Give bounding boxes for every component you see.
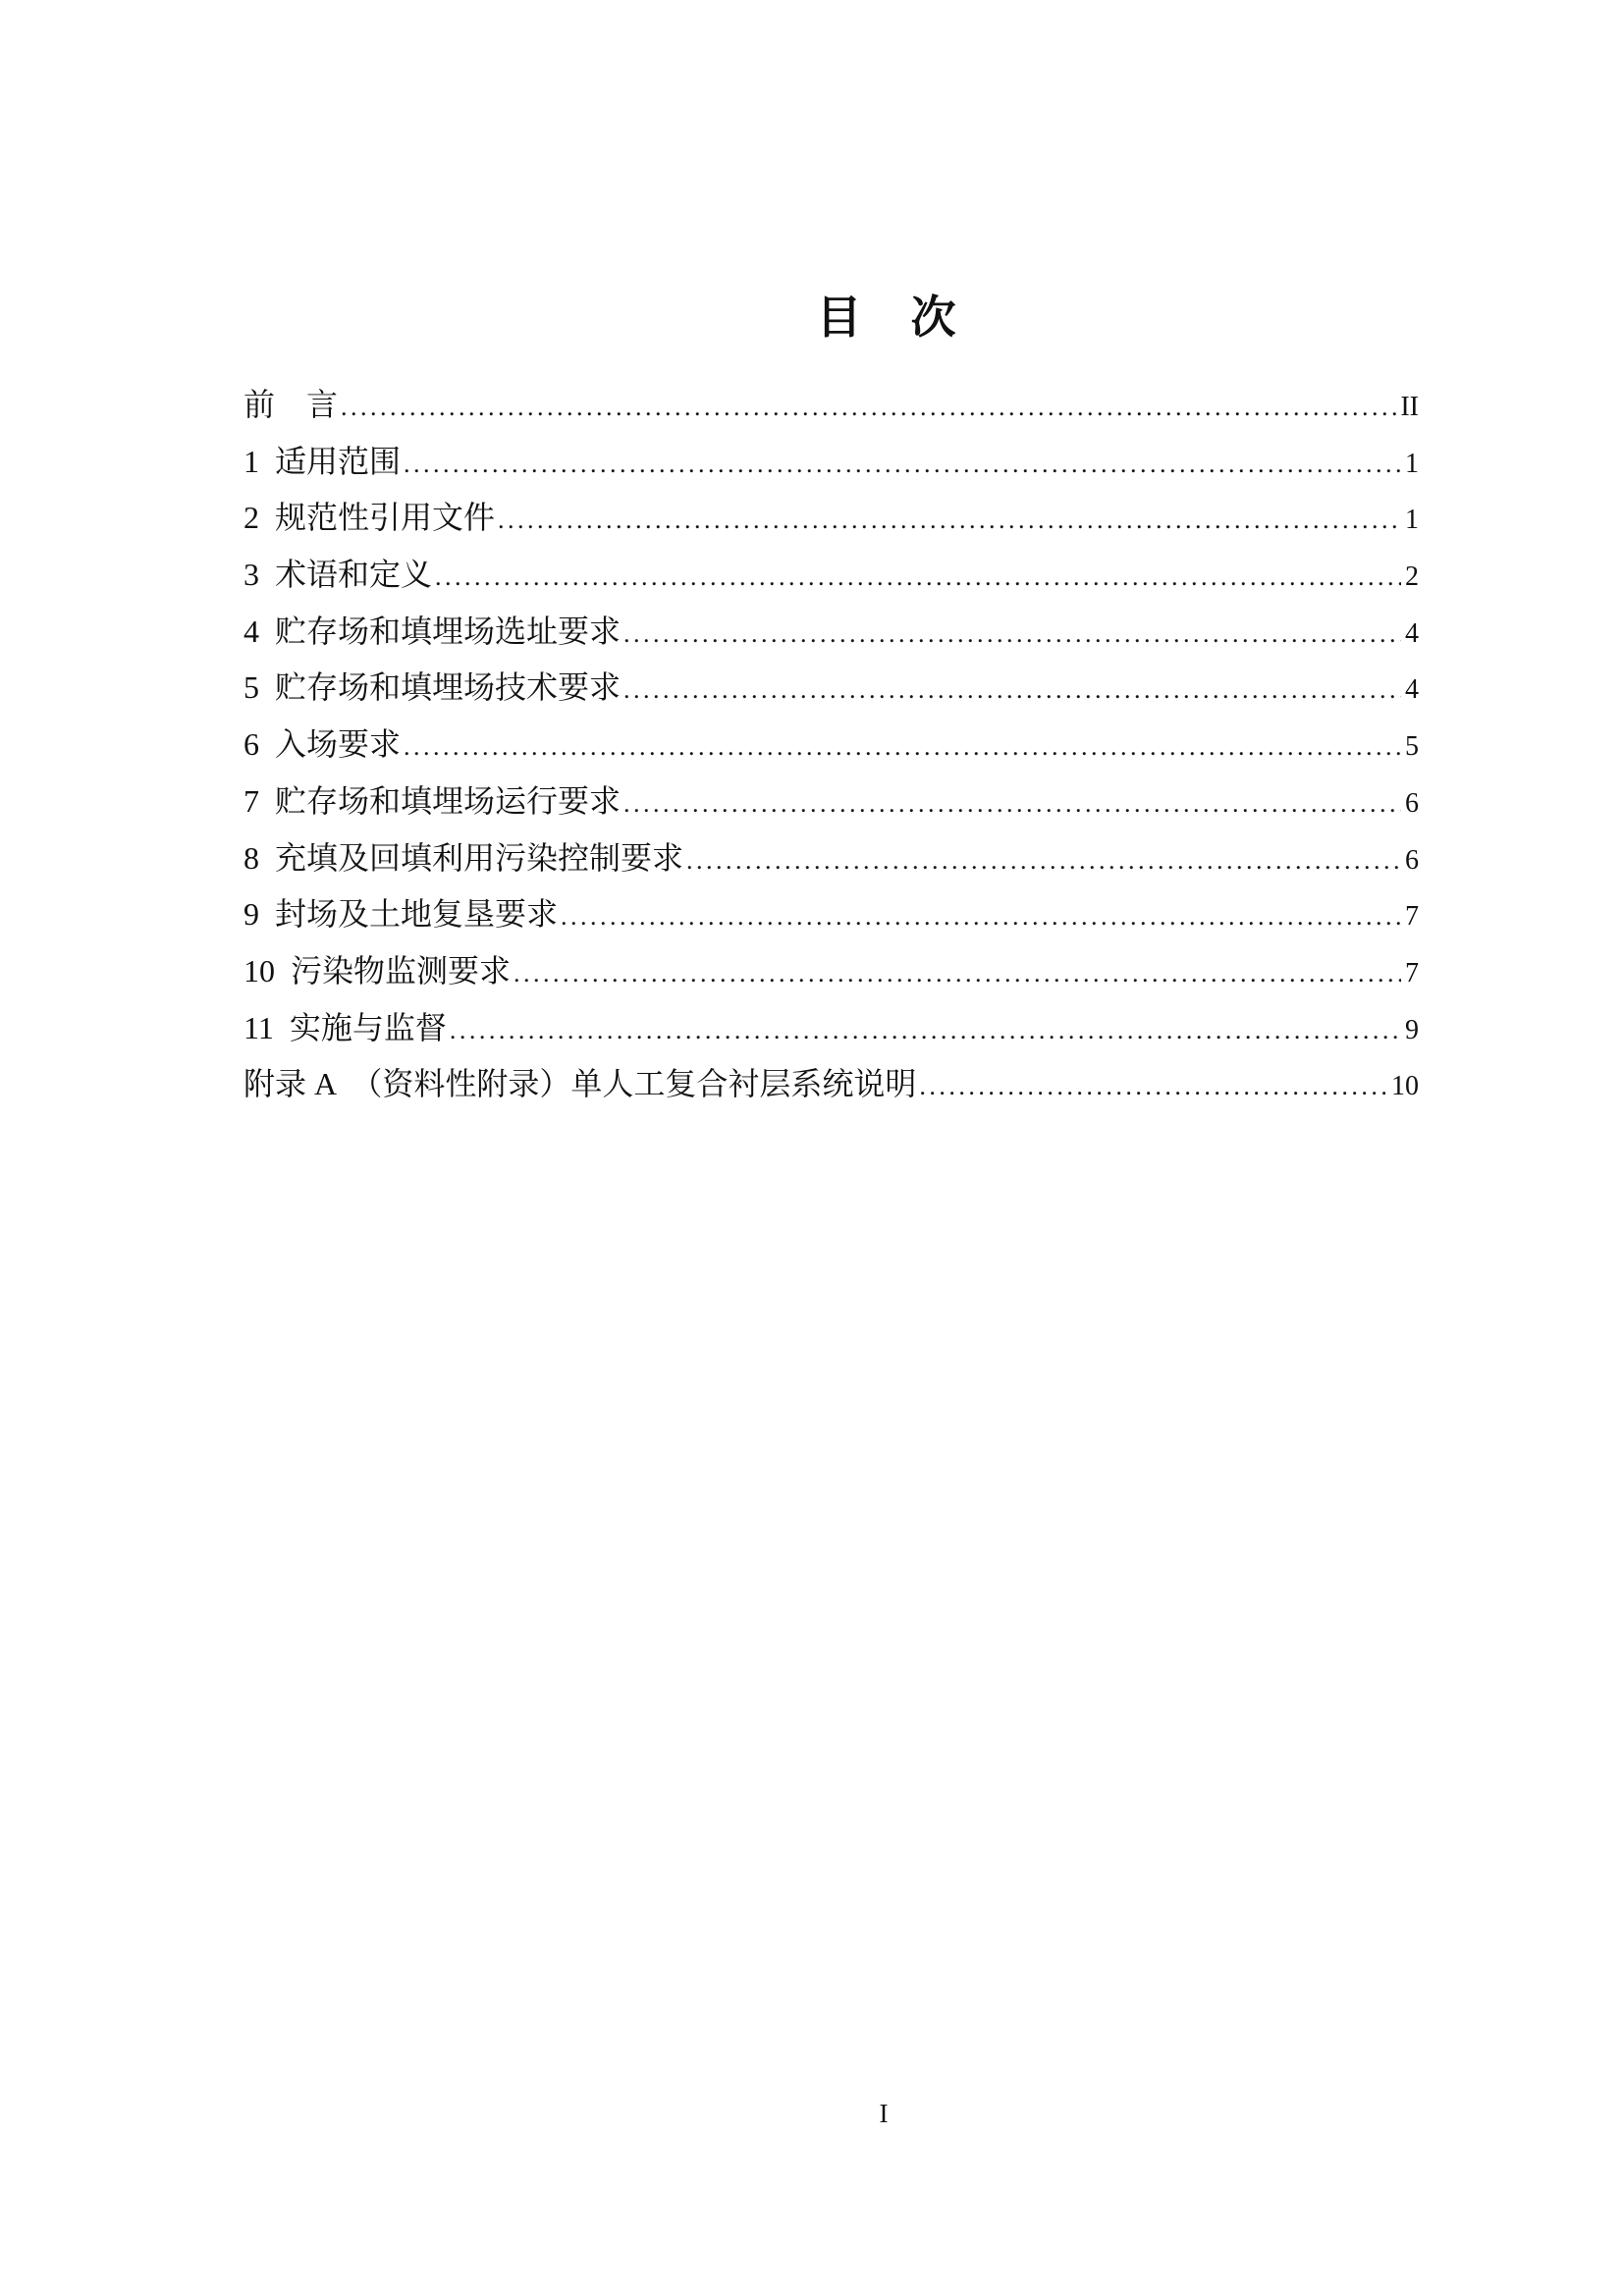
dot-leader: ........................................…	[341, 393, 1396, 422]
toc-entry-label: 附录 A （资料性附录）单人工复合衬层系统说明	[244, 1059, 916, 1104]
toc-entry-page: 4	[1403, 618, 1419, 650]
toc-entry-page: 4	[1403, 674, 1419, 706]
table-of-contents: 前 言 ....................................…	[244, 380, 1419, 1116]
toc-entry: 附录 A （资料性附录）单人工复合衬层系统说明 ................…	[244, 1059, 1419, 1116]
toc-entry-page: 10	[1389, 1071, 1419, 1102]
toc-entry-label: 5 贮存场和填埋场技术要求	[244, 663, 621, 708]
toc-entry-label: 6 入场要求	[244, 720, 401, 765]
toc-entry-page: 7	[1403, 958, 1419, 989]
toc-entry-label: 8 充填及回填利用污染控制要求	[244, 833, 683, 879]
toc-entry: 9 封场及土地复垦要求 ............................…	[244, 889, 1419, 946]
page-title: 目 次	[299, 294, 1475, 344]
dot-leader: ........................................…	[404, 450, 1401, 479]
toc-entry-page: 1	[1403, 449, 1419, 480]
toc-entry-page: 5	[1403, 731, 1419, 763]
toc-entry: 7 贮存场和填埋场运行要求 ..........................…	[244, 776, 1419, 833]
dot-leader: ........................................…	[435, 562, 1401, 592]
toc-entry: 11 实施与监督 ...............................…	[244, 1003, 1419, 1060]
toc-entry-label: 3 术语和定义	[244, 550, 432, 595]
toc-entry: 5 贮存场和填埋场技术要求 ..........................…	[244, 663, 1419, 720]
document-page: 目 次 前 言 ................................…	[0, 0, 1624, 2296]
toc-entry-page: 7	[1403, 901, 1419, 933]
toc-entry-page: 1	[1403, 505, 1419, 536]
dot-leader: ........................................…	[623, 675, 1401, 705]
toc-entry-label: 7 贮存场和填埋场运行要求	[244, 776, 621, 822]
toc-entry-label: 2 规范性引用文件	[244, 493, 495, 538]
dot-leader: ........................................…	[623, 789, 1401, 819]
dot-leader: ........................................…	[404, 732, 1401, 762]
toc-entry-page: 9	[1403, 1015, 1419, 1046]
toc-entry: 3 术语和定义 ................................…	[244, 550, 1419, 607]
dot-leader: ........................................…	[450, 1016, 1401, 1045]
toc-entry-page: II	[1398, 392, 1419, 423]
toc-entry: 2 规范性引用文件 ..............................…	[244, 493, 1419, 550]
toc-entry-label: 9 封场及土地复垦要求	[244, 889, 558, 934]
toc-entry-page: 2	[1403, 561, 1419, 593]
toc-entry-page: 6	[1403, 788, 1419, 820]
dot-leader: ........................................…	[498, 506, 1401, 535]
toc-entry: 10 污染物监测要求 .............................…	[244, 946, 1419, 1003]
dot-leader: ........................................…	[561, 902, 1401, 932]
dot-leader: ........................................…	[919, 1072, 1387, 1101]
toc-entry-label: 1 适用范围	[244, 437, 401, 482]
dot-leader: ........................................…	[514, 959, 1401, 988]
toc-entry-label: 11 实施与监督	[244, 1003, 447, 1048]
toc-entry: 1 适用范围 .................................…	[244, 437, 1419, 494]
toc-entry-label: 4 贮存场和填埋场选址要求	[244, 607, 621, 652]
toc-entry: 8 充填及回填利用污染控制要求 ........................…	[244, 833, 1419, 890]
toc-entry: 前 言 ....................................…	[244, 380, 1419, 437]
toc-entry-label: 10 污染物监测要求	[244, 946, 511, 991]
toc-entry: 6 入场要求 .................................…	[244, 720, 1419, 776]
toc-entry-label: 前 言	[244, 380, 338, 425]
footer-page-number: I	[844, 2099, 923, 2129]
toc-entry: 4 贮存场和填埋场选址要求 ..........................…	[244, 607, 1419, 664]
toc-entry-page: 6	[1403, 845, 1419, 877]
dot-leader: ........................................…	[623, 619, 1401, 649]
dot-leader: ........................................…	[686, 846, 1401, 876]
